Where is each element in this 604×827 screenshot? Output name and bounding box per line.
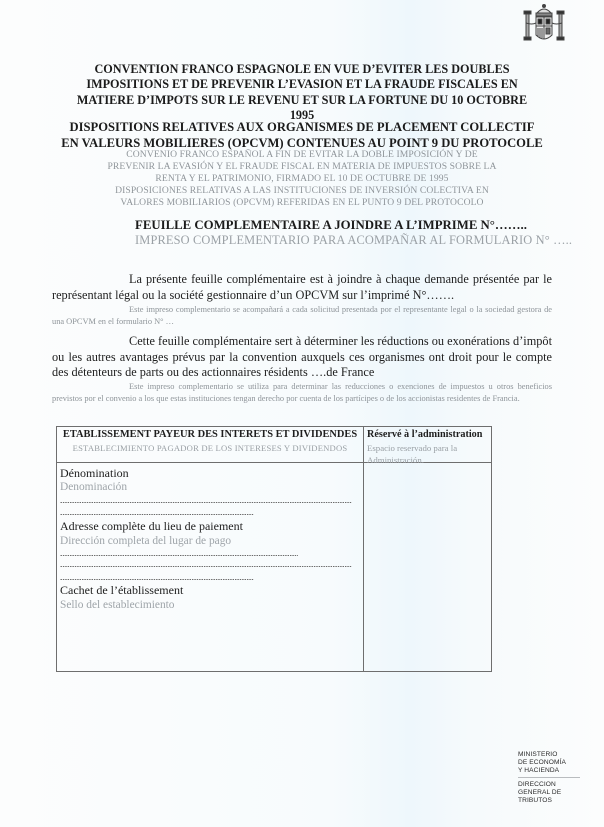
paragraph-text: Cette feuille complémentaire sert à déte…	[52, 334, 552, 379]
direction-line: TRIBUTOS	[518, 797, 580, 805]
field-label-direccion: Dirección completa del lugar de pago	[60, 535, 231, 547]
ministry-line: Y HACIENDA	[518, 767, 580, 775]
col-header-establishment-fr: ETABLISSEMENT PAYEUR DES INTERETS ET DIV…	[60, 429, 360, 440]
ministry-separator	[518, 777, 580, 778]
spanish-coat-of-arms-icon	[520, 3, 568, 55]
field-label-address: Adresse complète du lieu de paiement	[60, 519, 243, 534]
address-input-line[interactable]	[60, 555, 298, 556]
title-fr-line: MATIERE D’IMPOTS SUR LE REVENU ET SUR LA…	[40, 93, 564, 108]
denomination-input-line[interactable]	[60, 502, 352, 503]
col-header-establishment-es: ESTABLECIMIENTO PAGADOR DE LOS INTERESES…	[60, 443, 360, 453]
paragraph-1-spanish: Este impreso complementario se acompañar…	[52, 304, 552, 327]
subtitle-fr-line: DISPOSITIONS RELATIVES AUX ORGANISMES DE…	[40, 120, 564, 136]
paragraph-2-french: Cette feuille complémentaire sert à déte…	[52, 334, 552, 381]
paragraph-2-spanish: Este impreso complementario se utiliza p…	[52, 381, 552, 404]
title-es-line: RENTA Y EL PATRIMONIO, FIRMADO EL 10 DE …	[40, 173, 564, 185]
denomination-input-line[interactable]	[60, 514, 254, 515]
title-es-line: CONVENIO FRANCO ESPAÑOL A FIN DE EVITAR …	[40, 149, 564, 161]
ministry-line: DE ECONOMÍA	[518, 759, 580, 767]
ministry-footer: MINISTERIO DE ECONOMÍA Y HACIENDA DIRECC…	[518, 751, 580, 805]
field-label-stamp: Cachet de l’établissement	[60, 583, 183, 598]
paragraph-text: Este impreso complementario se acompañar…	[52, 305, 552, 326]
paragraph-text: La présente feuille complémentaire est à…	[52, 272, 552, 302]
field-label-denomination: Dénomination	[60, 466, 129, 481]
title-fr-line: IMPOSITIONS ET DE PREVENIR L’EVASION ET …	[40, 77, 564, 92]
title-es-line: VALORES MOBILIARIOS (OPCVM) REFERIDAS EN…	[40, 197, 564, 209]
subtitle-french: DISPOSITIONS RELATIVES AUX ORGANISMES DE…	[40, 120, 564, 151]
form-heading-french: FEUILLE COMPLEMENTAIRE A JOINDRE A L’IMP…	[135, 218, 527, 233]
title-spanish: CONVENIO FRANCO ESPAÑOL A FIN DE EVITAR …	[40, 149, 564, 209]
form-heading-spanish: IMPRESO COMPLEMENTARIO PARA ACOMPAÑAR AL…	[135, 233, 572, 248]
direction-line: DIRECCION	[518, 781, 580, 789]
direction-line: GENERAL DE	[518, 789, 580, 797]
col-header-admin-fr: Réservé à l’administration	[367, 429, 482, 440]
title-es-line: PREVENIR LA EVASIÓN Y EL FRAUDE FISCAL E…	[40, 161, 564, 173]
paragraph-text: Este impreso complementario se utiliza p…	[52, 382, 552, 403]
field-label-sello: Sello del establecimiento	[60, 599, 175, 611]
title-fr-line: CONVENTION FRANCO ESPAGNOLE EN VUE D’EVI…	[40, 62, 564, 77]
ministry-line: MINISTERIO	[518, 751, 580, 759]
title-french: CONVENTION FRANCO ESPAGNOLE EN VUE D’EVI…	[40, 62, 564, 124]
field-label-denominacion: Denominación	[60, 481, 127, 493]
paragraph-1-french: La présente feuille complémentaire est à…	[52, 272, 552, 303]
col-header-admin-es: Espacio reservado para la Administración…	[367, 443, 485, 466]
admin-reserved-area	[365, 464, 490, 670]
stamp-area[interactable]	[60, 615, 360, 669]
address-input-line[interactable]	[60, 579, 254, 580]
title-es-line: DISPOSICIONES RELATIVAS A LAS INSTITUCIO…	[40, 185, 564, 197]
address-input-line[interactable]	[60, 566, 352, 567]
